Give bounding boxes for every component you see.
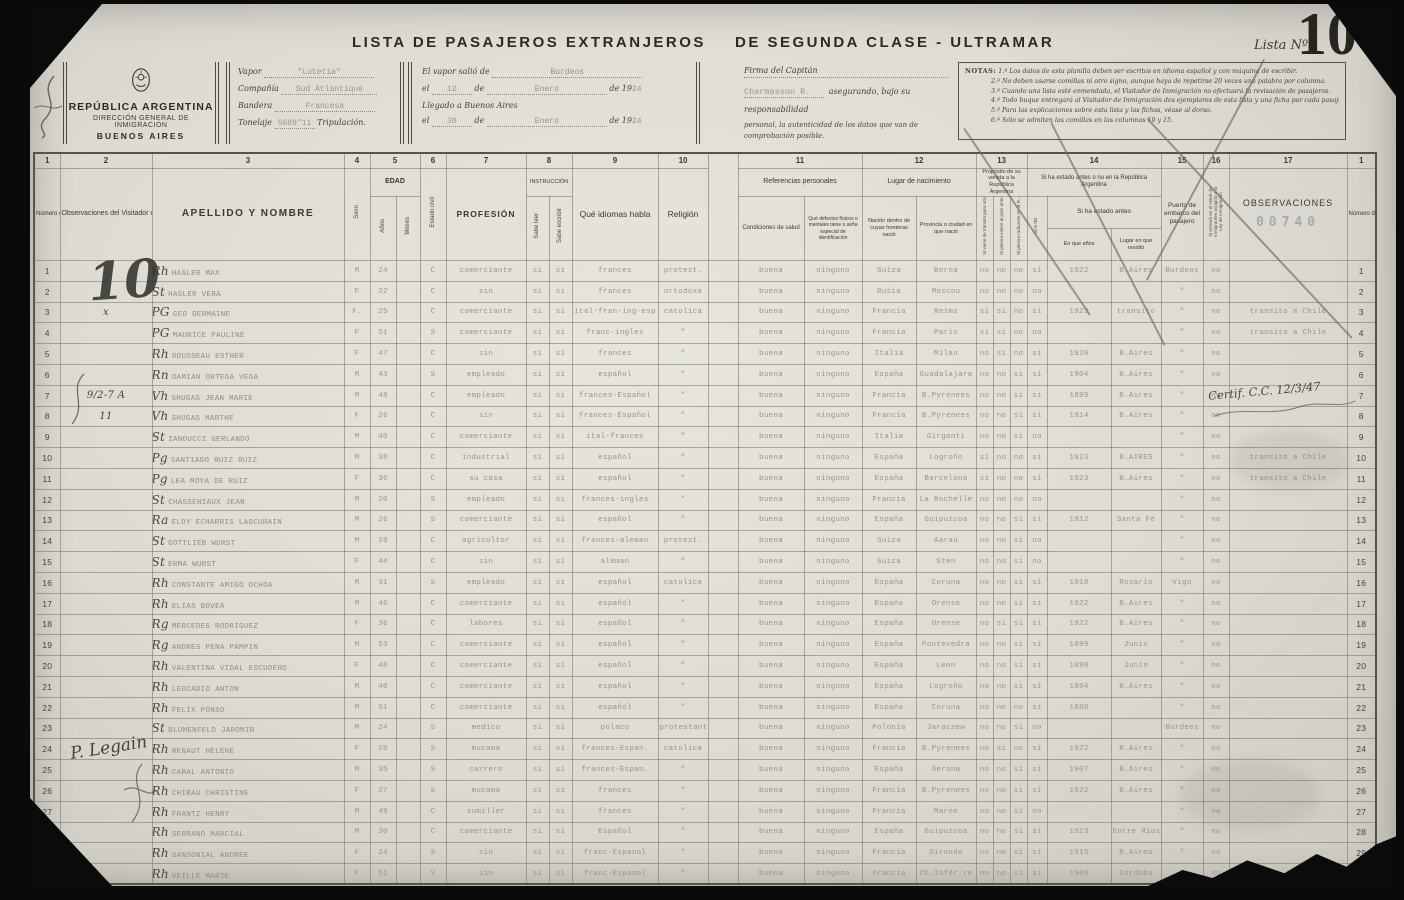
cell-c16: no [1203, 676, 1229, 697]
cell-mo [396, 864, 420, 885]
cell-port: " [1161, 468, 1203, 489]
cell-n2: 5 [1347, 344, 1376, 365]
cell-sex: M [344, 801, 370, 822]
col-num: 4 [344, 153, 370, 168]
cell-port: " [1161, 406, 1203, 427]
cell-sn: no [1027, 531, 1047, 552]
cell-r: si [526, 281, 549, 302]
cell-def: ninguno [804, 385, 862, 406]
column-numbers-row: 1 2 3 4 5 6 7 8 9 10 11 12 13 14 15 16 1… [34, 153, 1376, 168]
cell-w: si [549, 656, 572, 677]
org-department: DIRECCIÓN GENERAL DE INMIGRACIÓN [67, 115, 215, 129]
cell-sn: si [1027, 739, 1047, 760]
cell-prof: comerciante [446, 427, 526, 448]
col-num: 10 [658, 153, 708, 168]
cell-sex: M [344, 676, 370, 697]
cell-pl: B.Aires [1111, 406, 1161, 427]
cell-mo [396, 344, 420, 365]
passenger-name: LEA MOYA DE RUIZ [171, 478, 248, 486]
passenger-name: HASLER MAX [172, 270, 220, 278]
cell-lang: frances [572, 780, 658, 801]
cell-yr: 1922 [1047, 739, 1111, 760]
hand-code: PG [152, 326, 170, 340]
cell-rel: " [658, 760, 708, 781]
cell-def: ninguno [804, 843, 862, 864]
cell-w: si [549, 552, 572, 573]
cell-sn: no [1027, 323, 1047, 344]
cell-civ: S [420, 572, 446, 593]
cell-age: 24 [370, 261, 396, 282]
hand-code: Rh [152, 701, 169, 715]
cell-p3: si [1010, 801, 1027, 822]
cell-nat: Francia [862, 864, 916, 885]
passenger-name: RENAUT HELENE [172, 748, 234, 756]
cell-name: StGOTTLIEB WURST [152, 531, 344, 552]
llegado-day: 30 [432, 117, 472, 127]
cell-n: 21 [34, 676, 60, 697]
cell-rel: " [658, 801, 708, 822]
cell-w: si [549, 427, 572, 448]
cell-port: " [1161, 697, 1203, 718]
cell-p3: no [1010, 697, 1027, 718]
cell-age: 53 [370, 635, 396, 656]
cell-w: si [549, 864, 572, 885]
bandera-label: Bandera [238, 101, 272, 110]
cell-prof: medico [446, 718, 526, 739]
cell-nat: España [862, 468, 916, 489]
cell-note [60, 676, 152, 697]
cell-civ: S [420, 510, 446, 531]
cell-mo [396, 676, 420, 697]
cell-civ: C [420, 635, 446, 656]
cell-civ: S [420, 760, 446, 781]
notas-list: NOTAS: 1.ª Los datos de esta planilla de… [965, 66, 1339, 126]
cell-pl: B.Aires [1111, 593, 1161, 614]
table-row: 28RhSERRANO MARCIALM30CcomerciantesisiEs… [34, 822, 1376, 843]
cell-w: si [549, 406, 572, 427]
cell-nat: Rusia [862, 281, 916, 302]
header-apellido-nombre: APELLIDO Y NOMBRE [152, 168, 344, 261]
cell-age: 35 [370, 760, 396, 781]
cell-nat: España [862, 656, 916, 677]
cell-nat: España [862, 697, 916, 718]
cell-p2: no [993, 760, 1010, 781]
cell-sp [708, 385, 738, 406]
cell-mo [396, 635, 420, 656]
cell-prov: Guipuzcoa [916, 822, 976, 843]
cell-sn: si [1027, 572, 1047, 593]
cell-p1: no [976, 510, 993, 531]
cell-mo [396, 489, 420, 510]
cell-name: RhCABAL ANTONIO [152, 760, 344, 781]
cell-sp [708, 344, 738, 365]
cell-p3: si [1010, 822, 1027, 843]
cell-mo [396, 261, 420, 282]
cell-age: 40 [370, 676, 396, 697]
cell-mo [396, 406, 420, 427]
cell-health: buena [738, 385, 804, 406]
cell-p2: no [993, 385, 1010, 406]
cell-n2: 28 [1347, 822, 1376, 843]
cell-rel: " [658, 552, 708, 573]
header-condiciones-salud: Condiciones de salud [738, 197, 804, 261]
cell-mo [396, 822, 420, 843]
cell-nat: España [862, 448, 916, 469]
cell-yr: 1918 [1047, 572, 1111, 593]
cell-rel: " [658, 385, 708, 406]
cell-mo [396, 552, 420, 573]
cell-prov: Leon [916, 656, 976, 677]
cell-lang: español [572, 676, 658, 697]
cell-prof: agricultor [446, 531, 526, 552]
el-label2: el [422, 116, 429, 125]
cell-def: ninguno [804, 427, 862, 448]
cell-p3: no [1010, 448, 1027, 469]
cell-prov: Girganti [916, 427, 976, 448]
col-num: 9 [572, 153, 658, 168]
header-proposito-3: Si piensa radicarse en la R. Argentina [1010, 197, 1027, 261]
cell-prov: Pontevedra [916, 635, 976, 656]
cell-nat: Francia [862, 843, 916, 864]
cell-age: 49 [370, 801, 396, 822]
cell-r: si [526, 261, 549, 282]
cell-name: StCHASSENIAUX JEAN [152, 489, 344, 510]
cell-pl: Junin [1111, 656, 1161, 677]
el-label: el [422, 84, 429, 93]
cell-nat: España [862, 510, 916, 531]
cell-w: si [549, 593, 572, 614]
cell-c16: no [1203, 593, 1229, 614]
cell-sn: si [1027, 697, 1047, 718]
cell-name: RhCONSTANTE AMIGO OCHOA [152, 572, 344, 593]
cell-rel: catolica [658, 739, 708, 760]
cell-w: si [549, 572, 572, 593]
cell-health: buena [738, 780, 804, 801]
table-row: 3xPGGEO GERMAINEF.25Ccomerciantesisiital… [34, 302, 1376, 323]
cell-pl: Rosario [1111, 572, 1161, 593]
cell-rel: catolica [658, 302, 708, 323]
cell-p1: no [976, 552, 993, 573]
cell-prov: Coruna [916, 572, 976, 593]
cell-p2: no [993, 531, 1010, 552]
cell-w: si [549, 780, 572, 801]
argentina-crest-icon [129, 66, 153, 94]
cell-sn: no [1027, 281, 1047, 302]
cell-lang: frances-aleman [572, 531, 658, 552]
cell-nat: Francia [862, 489, 916, 510]
cell-r: si [526, 468, 549, 489]
cell-health: buena [738, 489, 804, 510]
cell-p2: no [993, 364, 1010, 385]
hand-code: Rh [152, 576, 169, 590]
cell-age: 27 [370, 780, 396, 801]
hand-code: Rh [152, 867, 169, 881]
cell-mo [396, 593, 420, 614]
cell-def: ninguno [804, 364, 862, 385]
nota-item: 5.ª Para las explicaciones sobre esta li… [965, 106, 1339, 116]
cell-obs [1229, 676, 1347, 697]
cell-w: si [549, 344, 572, 365]
cell-health: buena [738, 697, 804, 718]
header-estado-antes: Si ha estado antes o no en la República … [1027, 168, 1161, 197]
cell-p1: no [976, 572, 993, 593]
cell-age: 51 [370, 864, 396, 885]
cell-health: buena [738, 302, 804, 323]
cell-n: 5 [34, 344, 60, 365]
cell-note [60, 552, 152, 573]
cell-health: buena [738, 468, 804, 489]
cell-p3: no [1010, 489, 1027, 510]
cell-c16: no [1203, 635, 1229, 656]
cell-r: si [526, 718, 549, 739]
cell-p2: no [993, 468, 1010, 489]
hand-code: Rg [152, 638, 169, 652]
cell-sn: si [1027, 468, 1047, 489]
cell-p1: no [976, 739, 993, 760]
cell-rel: " [658, 780, 708, 801]
cell-lang: frances-Espan. [572, 760, 658, 781]
header-profesion: PROFESIÓN [446, 168, 526, 261]
cell-n: 14 [34, 531, 60, 552]
cell-name: RhELIAS BOVEA [152, 593, 344, 614]
table-row: 10PgSANTIAGO RUIZ RUIZM38Cindustrialsisi… [34, 448, 1376, 469]
cell-p3: si [1010, 531, 1027, 552]
cell-n2: 19 [1347, 635, 1376, 656]
cell-c16: no [1203, 656, 1229, 677]
cell-sex: M [344, 718, 370, 739]
cell-civ: C [420, 261, 446, 282]
cell-age: 48 [370, 656, 396, 677]
cell-p2: no [993, 427, 1010, 448]
cell-w: si [549, 385, 572, 406]
cell-n: 4 [34, 323, 60, 344]
cell-sex: M [344, 261, 370, 282]
cell-prov: Guadalajara [916, 364, 976, 385]
cell-p3: si [1010, 406, 1027, 427]
cell-n: 10 [34, 448, 60, 469]
cell-sp [708, 468, 738, 489]
cell-def: ninguno [804, 760, 862, 781]
cell-p1: no [976, 801, 993, 822]
de-label: de [474, 84, 484, 93]
cell-yr: 1922 [1047, 780, 1111, 801]
cell-lang: frances [572, 344, 658, 365]
cell-p2: no [993, 510, 1010, 531]
cell-prov: Gerona [916, 760, 976, 781]
captain-name: Charmasson R. [744, 87, 824, 98]
cell-rel: " [658, 635, 708, 656]
cell-obs [1229, 572, 1347, 593]
cell-name: RhROUSSEAU ESTHER [152, 344, 344, 365]
passenger-name: GEO GERMAINE [173, 311, 231, 319]
cell-lang: español [572, 593, 658, 614]
cell-yr [1047, 552, 1111, 573]
cell-sn: si [1027, 385, 1047, 406]
cell-def: ninguno [804, 822, 862, 843]
cell-prov: B.Pyrenees [916, 780, 976, 801]
cell-sn: si [1027, 344, 1047, 365]
cell-age: 36 [370, 468, 396, 489]
cell-def: ninguno [804, 261, 862, 282]
llegado-year: 24 [632, 117, 642, 126]
cell-sp [708, 261, 738, 282]
cell-p1: si [976, 323, 993, 344]
table-row: 12StCHASSENIAUX JEANM20Sempleadosisifran… [34, 489, 1376, 510]
compania-value: Sud Atlantique [281, 85, 377, 95]
passenger-name: LEOCADIO ANTON [172, 686, 239, 694]
cell-yr: 1899 [1047, 635, 1111, 656]
cell-rel: " [658, 364, 708, 385]
cell-age: 28 [370, 531, 396, 552]
cell-n2: 17 [1347, 593, 1376, 614]
header-en-que-anos: En que años [1047, 229, 1111, 261]
header-estado-civil: Estado civil [420, 168, 446, 261]
cell-civ: C [420, 676, 446, 697]
cell-obs [1229, 697, 1347, 718]
cell-name: PGGEO GERMAINE [152, 302, 344, 323]
cell-lang: frances-Español [572, 406, 658, 427]
cell-pl: Santa Fé [1111, 510, 1161, 531]
cell-pl: B.Aires [1111, 344, 1161, 365]
cell-def: ninguno [804, 344, 862, 365]
cell-yr: 1904 [1047, 364, 1111, 385]
hand-code: Rh [152, 597, 169, 611]
cell-r: si [526, 760, 549, 781]
cell-age: 24 [370, 843, 396, 864]
cell-def: ninguno [804, 302, 862, 323]
passenger-name: GOTTLIEB WURST [168, 540, 235, 548]
passenger-name: SERRANO MARCIAL [172, 831, 244, 839]
cell-age: 25 [370, 302, 396, 323]
header-defectos: Qué defectos físicos o mentales tiene o … [804, 197, 862, 261]
header-lugar-nacimiento: Lugar de nacimiento [862, 168, 976, 197]
cell-sp [708, 822, 738, 843]
cell-prov: Gironde [916, 843, 976, 864]
cell-prof: empleado [446, 385, 526, 406]
passenger-table: 1 2 3 4 5 6 7 8 9 10 11 12 13 14 15 16 1… [33, 152, 1377, 885]
header-proposito-2: Si piensa volver al país antes del año [993, 197, 1010, 261]
cell-n2: 9 [1347, 427, 1376, 448]
cell-n: 26 [34, 780, 60, 801]
table-row: 25RhCABAL ANTONIOM35Scarrerosisifrances-… [34, 760, 1376, 781]
cell-name: RhCHIBAU CHRISTINE [152, 780, 344, 801]
hand-code: Vh [152, 409, 169, 423]
cell-sp [708, 323, 738, 344]
hand-code: Rh [152, 846, 169, 860]
table-row: 14StGOTTLIEB WURSTM28Cagricultorsisifran… [34, 531, 1376, 552]
cell-p3: si [1010, 843, 1027, 864]
cell-sp [708, 302, 738, 323]
cell-n: 18 [34, 614, 60, 635]
cell-n: 7 [34, 385, 60, 406]
cell-name: StHASLER VERA [152, 281, 344, 302]
cell-w: si [549, 822, 572, 843]
cell-c16: no [1203, 552, 1229, 573]
cell-prof: industrial [446, 448, 526, 469]
cell-r: si [526, 843, 549, 864]
header-sabe-escribir: Sabe escribir [549, 197, 572, 261]
cell-r: si [526, 489, 549, 510]
margin-mark [60, 370, 94, 430]
cell-rel: " [658, 406, 708, 427]
cell-sex: M [344, 572, 370, 593]
cell-lang: polaco [572, 718, 658, 739]
table-row: 19RgANDRES PENA PAMPINM53Ccomerciantesis… [34, 635, 1376, 656]
cell-obs [1229, 344, 1347, 365]
cell-c16: no [1203, 261, 1229, 282]
cell-health: buena [738, 635, 804, 656]
cell-civ: C [420, 281, 446, 302]
spacer-column [708, 153, 738, 261]
cell-sp [708, 572, 738, 593]
cell-p1: no [976, 843, 993, 864]
cell-note [60, 344, 152, 365]
cell-n2: 20 [1347, 656, 1376, 677]
cell-prof: comerciante [446, 302, 526, 323]
cell-r: si [526, 364, 549, 385]
cell-name: PgSANTIAGO RUIZ RUIZ [152, 448, 344, 469]
cell-nat: Suiza [862, 261, 916, 282]
cell-prof: empleado [446, 364, 526, 385]
cell-obs: transito a Chile [1229, 323, 1347, 344]
cell-age: 30 [370, 822, 396, 843]
cell-name: RhLEOCADIO ANTON [152, 676, 344, 697]
header-sabe-leer: Sabe leer [526, 197, 549, 261]
cell-prof: comerciante [446, 323, 526, 344]
cell-p3: si [1010, 510, 1027, 531]
cell-p1: no [976, 635, 993, 656]
cell-pl: Cordoba [1111, 864, 1161, 885]
cell-port: Vigo [1161, 572, 1203, 593]
passenger-name: CABAL ANTONIO [172, 769, 234, 777]
cell-sn: si [1027, 614, 1047, 635]
header-edad: EDAD [370, 168, 420, 197]
cell-sn: no [1027, 718, 1047, 739]
cell-note [60, 448, 152, 469]
firma-label: Firma del Capitán [744, 66, 948, 78]
hand-code: St [152, 534, 165, 548]
cell-c16: no [1203, 718, 1229, 739]
cell-n2: 18 [1347, 614, 1376, 635]
table-row: 26RhCHIBAU CHRISTINEF27Smucamasisifrance… [34, 780, 1376, 801]
cell-prof: comerciante [446, 656, 526, 677]
cell-c16: no [1203, 427, 1229, 448]
cell-p1: no [976, 489, 993, 510]
cell-age: 24 [370, 718, 396, 739]
cell-n2: 11 [1347, 468, 1376, 489]
header-anos: Años [370, 197, 396, 261]
cell-p2: no [993, 406, 1010, 427]
cell-prov: Ch.Infér.re [916, 864, 976, 885]
table-row: 23StBLUMENFELD JAROMIRM24Smedicosisipola… [34, 718, 1376, 739]
cell-note [60, 531, 152, 552]
cell-n2: 3 [1347, 302, 1376, 323]
cell-sex: M [344, 510, 370, 531]
cell-sn: si [1027, 760, 1047, 781]
cell-prov: Milan [916, 344, 976, 365]
cell-health: buena [738, 364, 804, 385]
cell-yr: 1923 [1047, 448, 1111, 469]
cell-note [60, 510, 152, 531]
cell-sex: M [344, 427, 370, 448]
cell-sn: si [1027, 510, 1047, 531]
passenger-name: SANSONIAL ANDREE [172, 852, 249, 860]
voyage-box: El vapor salió de Burdeos el 12 de Enero… [408, 62, 700, 144]
cell-p3: si [1010, 718, 1027, 739]
cell-yr: 1888 [1047, 697, 1111, 718]
cell-pl: B.Aires [1111, 385, 1161, 406]
cell-yr [1047, 489, 1111, 510]
